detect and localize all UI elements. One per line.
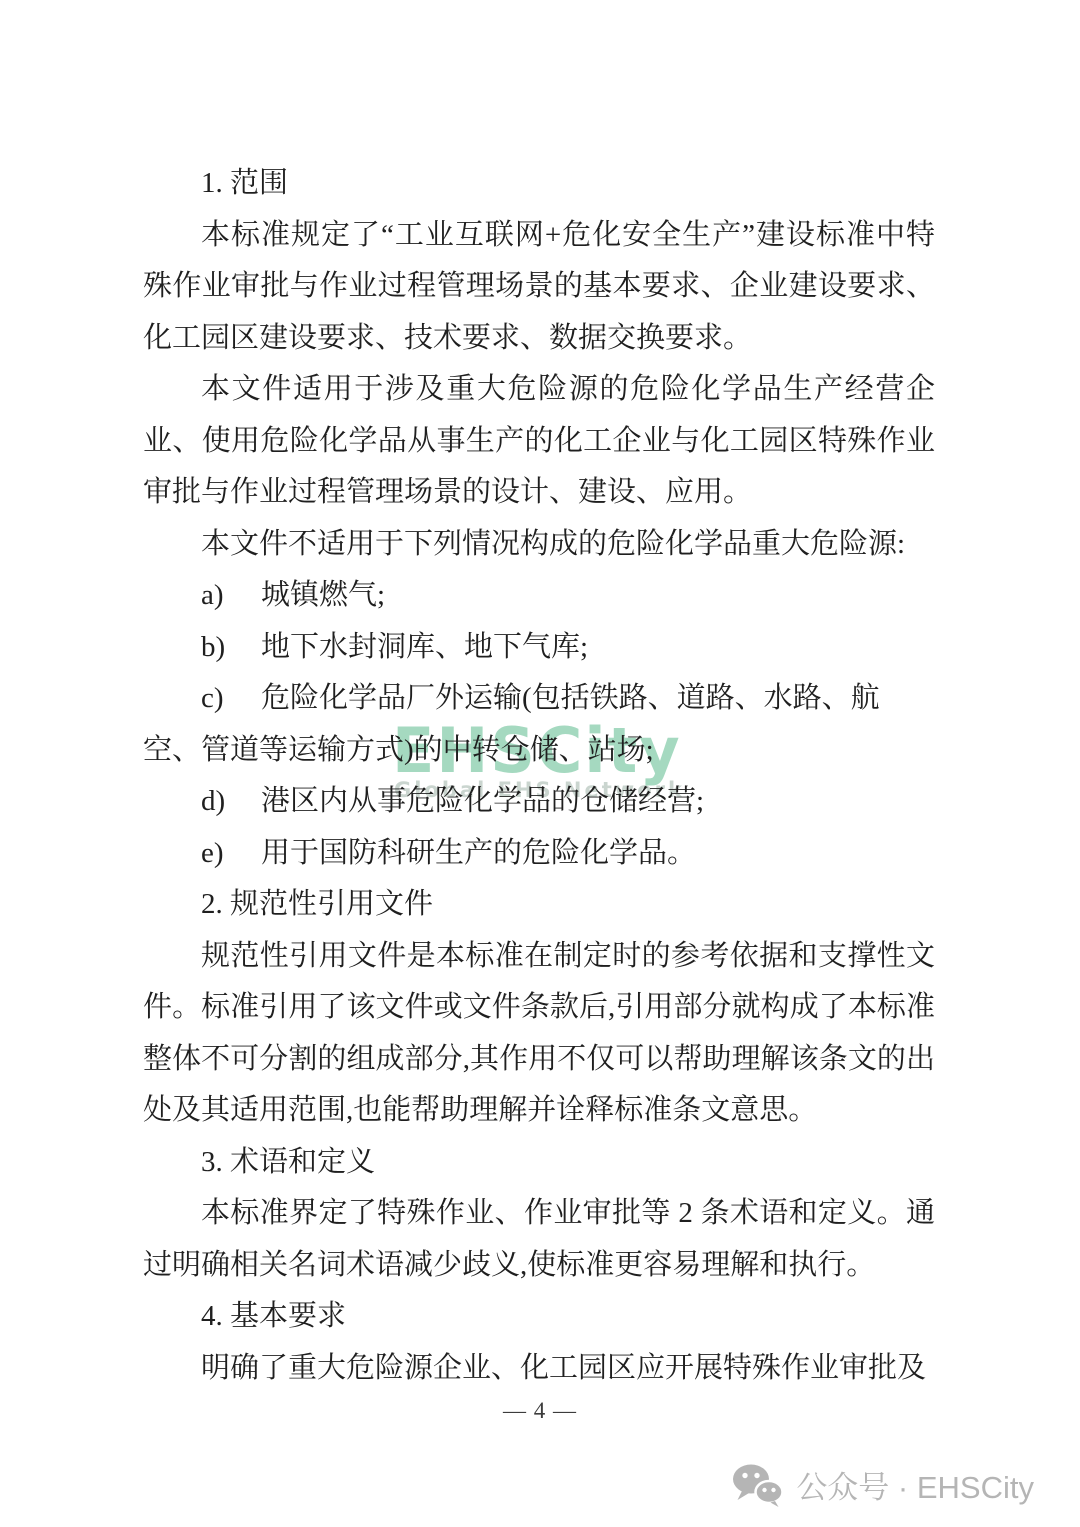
- paragraph-basic-requirements: 明确了重大危险源企业、化工园区应开展特殊作业审批及: [143, 1343, 935, 1395]
- list-item-d: d)港区内从事危险化学品的仓储经营;: [143, 776, 935, 828]
- section-2-heading: 2. 规范性引用文件: [143, 879, 935, 931]
- list-item-c: c)危险化学品厂外运输(包括铁路、道路、水路、航空、管道等运输方式)的中转仓储、…: [143, 673, 935, 776]
- document-page: EHSCity Global EHS Network 1. 范围 本标准规定了“…: [0, 0, 1080, 1527]
- paragraph-terms: 本标准界定了特殊作业、作业审批等 2 条术语和定义。通过明确相关名词术语减少歧义…: [143, 1188, 935, 1291]
- list-item-a: a)城镇燃气;: [143, 570, 935, 622]
- document-body: 1. 范围 本标准规定了“工业互联网+危化安全生产”建设标准中特殊作业审批与作业…: [143, 158, 935, 1394]
- list-marker-c: c): [201, 673, 261, 725]
- list-marker-b: b): [201, 622, 261, 674]
- paragraph-scope-3: 本文件不适用于下列情况构成的危险化学品重大危险源:: [143, 519, 935, 571]
- list-marker-a: a): [201, 570, 261, 622]
- wechat-icon: [731, 1463, 783, 1507]
- list-marker-d: d): [201, 776, 261, 828]
- paragraph-scope-2: 本文件适用于涉及重大危险源的危险化学品生产经营企业、使用危险化学品从事生产的化工…: [143, 364, 935, 519]
- paragraph-normative-refs: 规范性引用文件是本标准在制定时的参考依据和支撑性文件。标准引用了该文件或文件条款…: [143, 931, 935, 1137]
- section-3-heading: 3. 术语和定义: [143, 1137, 935, 1189]
- section-1-heading: 1. 范围: [143, 158, 935, 210]
- wechat-footer: 公众号 · EHSCity: [731, 1462, 1034, 1507]
- list-item-e: e)用于国防科研生产的危险化学品。: [143, 828, 935, 880]
- paragraph-scope-1: 本标准规定了“工业互联网+危化安全生产”建设标准中特殊作业审批与作业过程管理场景…: [143, 210, 935, 365]
- list-text-b: 地下水封洞库、地下气库;: [261, 631, 588, 663]
- wechat-account-label: 公众号 · EHSCity: [796, 1462, 1034, 1507]
- list-text-e: 用于国防科研生产的危险化学品。: [261, 837, 696, 869]
- list-text-a: 城镇燃气;: [261, 579, 385, 611]
- section-4-heading: 4. 基本要求: [143, 1291, 935, 1343]
- list-item-b: b)地下水封洞库、地下气库;: [143, 622, 935, 674]
- list-text-d: 港区内从事危险化学品的仓储经营;: [261, 785, 704, 817]
- page-number: — 4 —: [0, 1398, 1080, 1424]
- list-marker-e: e): [201, 828, 261, 880]
